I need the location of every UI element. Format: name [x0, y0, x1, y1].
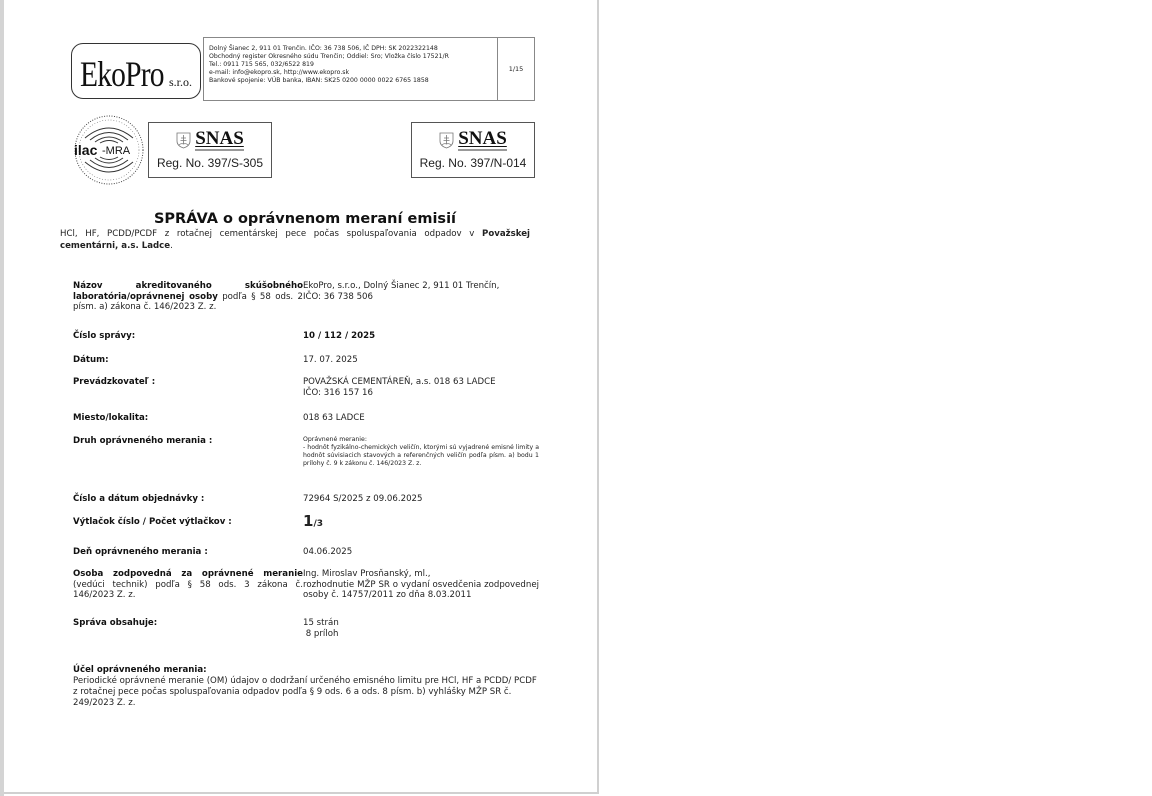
- logo-main-text: EkoPro: [80, 56, 164, 92]
- svg-text:-MRA: -MRA: [102, 145, 131, 157]
- value-line: - hodnôt fyzikálno-chemických veličín, k…: [303, 444, 539, 468]
- field-label: Druh oprávneného merania :: [73, 436, 303, 468]
- info-line: Tel.: 0911 715 565, 032/6522 819: [209, 61, 497, 69]
- ilac-mra-logo-icon: ilac -MRA: [73, 114, 145, 186]
- field-operator: Prevádzkovateľ : POVAŽSKÁ CEMENTÁREŇ, a.…: [73, 377, 548, 398]
- field-value: Ing. Miroslav Prosňanský, ml., rozhodnut…: [303, 569, 539, 601]
- value-line: EkoPro, s.r.o., Dolný Šianec 2, 911 01 T…: [303, 281, 539, 292]
- field-label: Osoba zodpovedná za oprávnené meranie (v…: [73, 569, 303, 601]
- snas-name: SNAS: [458, 129, 507, 151]
- slovak-crest-icon: [439, 132, 454, 149]
- purpose-text: Periodické oprávnené meranie (OM) údajov…: [73, 676, 543, 709]
- field-value: POVAŽSKÁ CEMENTÁREŇ, a.s. 018 63 LADCE I…: [303, 377, 539, 398]
- field-label-bold: Deň oprávneného merania :: [73, 547, 208, 557]
- value-line: rozhodnutie MŽP SR o vydaní osvedčenia z…: [303, 580, 539, 601]
- field-label-bold: Číslo a dátum objednávky :: [73, 494, 204, 504]
- value-line: Oprávnené meranie:: [303, 436, 539, 444]
- field-value: 72964 S/2025 z 09.06.2025: [303, 494, 539, 505]
- page-number: 1/15: [497, 38, 534, 100]
- info-line: Obchodný register Okresného súdu Trenčin…: [209, 53, 497, 61]
- field-measurement-day: Deň oprávneného merania : 04.06.2025: [73, 547, 548, 558]
- field-value: 17. 07. 2025: [303, 355, 539, 366]
- field-contents: Správa obsahuje: 15 strán 8 príloh: [73, 618, 548, 639]
- field-value: 04.06.2025: [303, 547, 539, 558]
- company-info-text: Dolný Šianec 2, 911 01 Trenčin. IČO: 36 …: [204, 38, 497, 100]
- info-line: Dolný Šianec 2, 911 01 Trenčin. IČO: 36 …: [209, 45, 497, 53]
- snas-name: SNAS: [195, 129, 244, 151]
- field-label-bold: Správa obsahuje:: [73, 618, 157, 628]
- value-line: Ing. Miroslav Prosňanský, ml.,: [303, 569, 539, 580]
- slovak-crest-icon: [176, 132, 191, 149]
- field-label-bold: Druh oprávneného merania :: [73, 436, 212, 446]
- field-report-number: Číslo správy: 10 / 112 / 2025: [73, 331, 548, 342]
- field-label-bold: Osoba zodpovedná za oprávnené meranie: [73, 569, 303, 579]
- value-line: POVAŽSKÁ CEMENTÁREŇ, a.s. 018 63 LADCE: [303, 377, 539, 388]
- field-label: Prevádzkovateľ :: [73, 377, 303, 398]
- field-value: 10 / 112 / 2025: [303, 331, 539, 342]
- value-line: 8 príloh: [303, 629, 539, 640]
- field-label-bold: Prevádzkovateľ :: [73, 377, 155, 387]
- copy-total: /3: [313, 519, 323, 529]
- field-lab: Názov akreditovaného skúšobného laborató…: [73, 281, 548, 313]
- logo-suffix-text: s.r.o.: [169, 75, 192, 90]
- value-line: IČO: 36 738 506: [303, 292, 539, 303]
- copy-number: 1: [303, 512, 313, 530]
- field-copy: Výtlačok číslo / Počet výtlačkov : 1/3: [73, 517, 548, 530]
- field-label-rest: (vedúci technik) podľa § 58 ods. 3 zákon…: [73, 580, 303, 601]
- field-value: 018 63 LADCE: [303, 413, 539, 424]
- snas-accreditation-box: SNAS Reg. No. 397/N-014: [411, 122, 535, 178]
- field-value: EkoPro, s.r.o., Dolný Šianec 2, 911 01 T…: [303, 281, 539, 313]
- field-measurement-type: Druh oprávneného merania : Oprávnené mer…: [73, 436, 548, 468]
- field-label: Správa obsahuje:: [73, 618, 303, 639]
- snas-reg-number: Reg. No. 397/N-014: [412, 156, 534, 170]
- purpose-heading: Účel oprávneného merania:: [73, 665, 207, 675]
- field-value: 1/3: [303, 516, 539, 530]
- field-date: Dátum: 17. 07. 2025: [73, 355, 548, 366]
- field-value: Oprávnené meranie: - hodnôt fyzikálno-ch…: [303, 436, 539, 468]
- field-label: Číslo správy:: [73, 331, 303, 342]
- company-info-box: Dolný Šianec 2, 911 01 Trenčin. IČO: 36 …: [203, 37, 535, 101]
- field-label-bold: Miesto/lokalita:: [73, 413, 148, 423]
- field-label: Číslo a dátum objednávky :: [73, 494, 303, 505]
- report-subtitle: HCl, HF, PCDD/PCDF z rotačnej cementársk…: [60, 229, 530, 252]
- field-order: Číslo a dátum objednávky : 72964 S/2025 …: [73, 494, 548, 505]
- value-line: IČO: 316 157 16: [303, 388, 539, 399]
- subtitle-text: HCl, HF, PCDD/PCDF z rotačnej cementársk…: [60, 229, 482, 239]
- field-label: Názov akreditovaného skúšobného laborató…: [73, 281, 303, 313]
- field-label: Výtlačok číslo / Počet výtlačkov :: [73, 517, 303, 530]
- field-label: Dátum:: [73, 355, 303, 366]
- report-title: SPRÁVA o oprávnenom meraní emisií: [60, 211, 550, 227]
- subtitle-end: .: [170, 241, 173, 251]
- value-line: 15 strán: [303, 618, 539, 629]
- svg-text:ilac: ilac: [74, 142, 98, 158]
- field-label-bold: Dátum:: [73, 355, 109, 365]
- field-label: Miesto/lokalita:: [73, 413, 303, 424]
- info-line: Bankové spojenie: VÚB banka, IBAN: SK25 …: [209, 77, 497, 85]
- field-label: Deň oprávneného merania :: [73, 547, 303, 558]
- field-location: Miesto/lokalita: 018 63 LADCE: [73, 413, 548, 424]
- field-value: 15 strán 8 príloh: [303, 618, 539, 639]
- field-label-bold: Výtlačok číslo / Počet výtlačkov :: [73, 517, 232, 527]
- field-label-bold: Číslo správy:: [73, 331, 135, 341]
- field-responsible: Osoba zodpovedná za oprávnené meranie (v…: [73, 569, 548, 601]
- ekopro-logo: EkoPro s.r.o.: [71, 43, 201, 99]
- info-line: e-mail: info@ekopro.sk, http://www.ekopr…: [209, 69, 497, 77]
- purpose-section: Účel oprávneného merania: Periodické opr…: [73, 665, 543, 709]
- snas-reg-number: Reg. No. 397/S-305: [149, 156, 271, 170]
- snas-accreditation-box: SNAS Reg. No. 397/S-305: [148, 122, 272, 178]
